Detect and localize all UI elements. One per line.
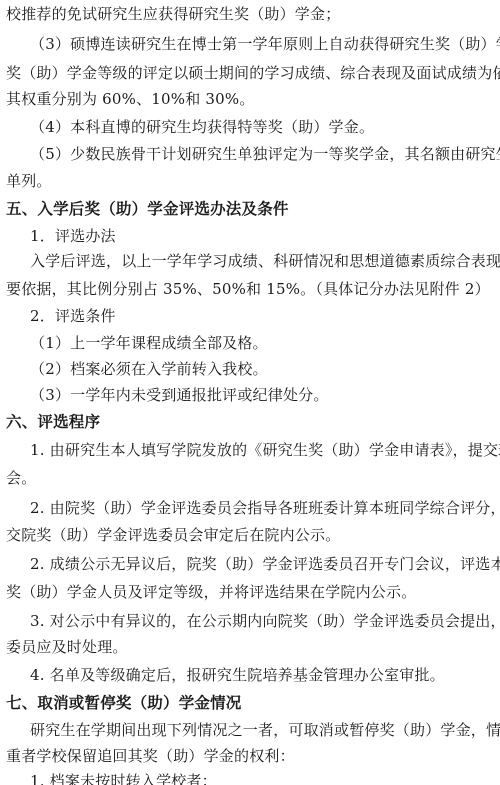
text-line: 重者学校保留追回其奖（助）学金的权利： <box>6 745 295 767</box>
list-item: （4）本科直博的研究生均获得特等奖（助）学金。 <box>30 116 374 138</box>
text-line: 入学后评选，以上一学年学习成绩、科研情况和思想道德素质综合表现为主 <box>30 250 500 272</box>
list-item: （1）上一学年课程成绩全部及格。 <box>30 332 268 354</box>
text-line: 其权重分别为 60%、10%和 30%。 <box>6 88 255 110</box>
list-item: 1. 档案未按时转入学校者； <box>30 770 217 785</box>
text-line: 研究生在学期间出现下列情况之一者，可取消或暂停奖（助）学金，情节严 <box>30 719 500 741</box>
list-item: （2）档案必须在入学前转入我校。 <box>30 358 268 380</box>
section-heading: 五、入学后奖（助）学金评选办法及条件 <box>6 198 289 220</box>
list-item: （5）少数民族骨干计划研究生单独评定为一等奖学金，其名额由研究生院 <box>30 143 500 165</box>
text-line: 奖（助）学金人员及评定等级，并将评选结果在学院内公示。 <box>6 581 416 603</box>
text-line: 奖（助）学金等级的评定以硕士期间的学习成绩、综合表现及面试成绩为依据， <box>6 62 500 84</box>
list-item: 3. 对公示中有异议的，在公示期内向院奖（助）学金评选委员会提出，评选 <box>30 610 500 632</box>
document-page: 校推荐的免试研究生应获得研究生奖（助）学金； （3）硕博连读研究生在博士第一学年… <box>0 0 500 785</box>
text-line: 委员应及时处理。 <box>6 636 128 658</box>
section-heading: 六、评选程序 <box>6 411 100 433</box>
subsection-heading: 1．评选办法 <box>30 225 116 247</box>
list-item: 4. 名单及等级确定后，报研究生院培养基金管理办公室审批。 <box>30 664 445 686</box>
text-line: 要依据，其比例分别占 35%、50%和 15%。（具体记分办法见附件 2） <box>6 278 490 300</box>
text-line: 校推荐的免试研究生应获得研究生奖（助）学金； <box>6 3 340 25</box>
text-line: 单列。 <box>6 170 52 192</box>
text-line: 交院奖（助）学金评选委员会审定后在院内公示。 <box>6 524 340 546</box>
list-item: 2. 由院奖（助）学金评选委员会指导各班班委计算本班同学综合评分，并提 <box>30 497 500 519</box>
subsection-heading: 2．评选条件 <box>30 305 116 327</box>
text-line: 会。 <box>6 467 36 489</box>
list-item: （3）一学年内未受到通报批评或纪律处分。 <box>30 384 329 406</box>
section-heading: 七、取消或暂停奖（助）学金情况 <box>6 692 242 714</box>
list-item: 2. 成绩公示无异议后，院奖（助）学金评选委员召开专门会议，评选本学年 <box>30 553 500 575</box>
list-item: 1. 由研究生本人填写学院发放的《研究生奖（助）学金申请表》，提交班委 <box>30 439 500 461</box>
list-item: （3）硕博连读研究生在博士第一学年原则上自动获得研究生奖（助）学金， <box>30 33 500 55</box>
